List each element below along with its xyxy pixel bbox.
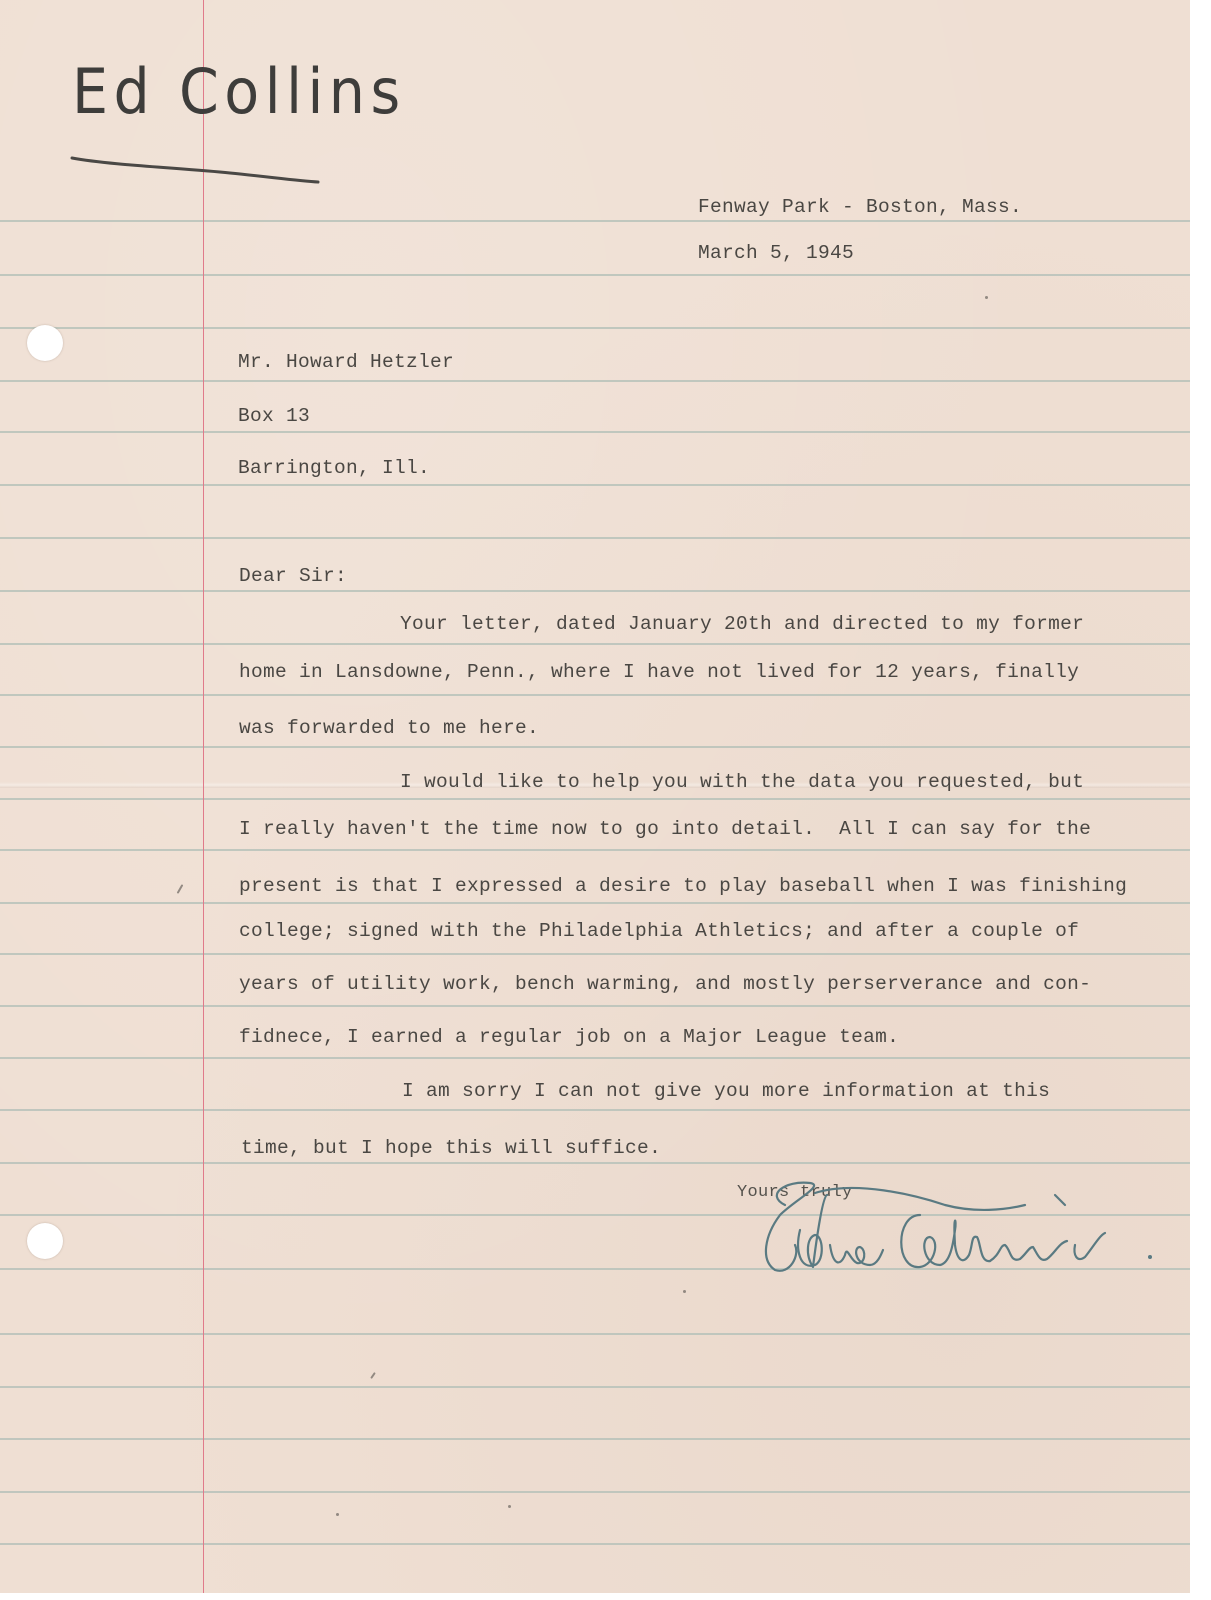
rule-line [0, 1162, 1190, 1164]
rule-line [0, 849, 1190, 851]
paper-speck [508, 1505, 511, 1508]
rule-line [0, 1386, 1190, 1388]
body-line: I would like to help you with the data y… [400, 771, 1084, 793]
rule-line [0, 1057, 1190, 1059]
paper-speck [683, 1290, 686, 1293]
body-line: college; signed with the Philadelphia At… [239, 920, 1079, 942]
rule-line [0, 484, 1190, 486]
recipient-name: Mr. Howard Hetzler [238, 351, 454, 373]
rule-line [0, 274, 1190, 276]
ruled-paper-sheet: Ed Collins Fenway Park - Boston, Mass. M… [0, 0, 1190, 1593]
rule-line [0, 1109, 1190, 1111]
rule-line [0, 1491, 1190, 1493]
recipient-city: Barrington, Ill. [238, 457, 430, 479]
rule-line [0, 380, 1190, 382]
body-line: I am sorry I can not give you more infor… [402, 1080, 1050, 1102]
rule-line [0, 643, 1190, 645]
rule-line [0, 1543, 1190, 1545]
rule-line [0, 327, 1190, 329]
signature-eddie-collins [755, 1175, 1165, 1285]
handwritten-underline [70, 155, 320, 195]
body-line: years of utility work, bench warming, an… [239, 973, 1091, 995]
body-line: was forwarded to me here. [239, 717, 539, 739]
rule-line [0, 590, 1190, 592]
paper-speck [177, 884, 184, 894]
rule-line [0, 694, 1190, 696]
paper-speck [985, 296, 988, 299]
rule-line [0, 902, 1190, 904]
rule-line [0, 746, 1190, 748]
letter-date: March 5, 1945 [698, 242, 854, 264]
margin-line [203, 0, 204, 1593]
rule-line [0, 1005, 1190, 1007]
paper-speck [336, 1513, 339, 1516]
rule-line [0, 220, 1190, 222]
rule-line [0, 431, 1190, 433]
rule-line [0, 537, 1190, 539]
body-line: fidnece, I earned a regular job on a Maj… [239, 1026, 899, 1048]
body-line: I really haven't the time now to go into… [239, 818, 1091, 840]
paper-speck [370, 1372, 376, 1379]
body-line: present is that I expressed a desire to … [239, 875, 1127, 897]
salutation: Dear Sir: [239, 565, 347, 587]
rule-line [0, 953, 1190, 955]
rule-line [0, 798, 1190, 800]
handwritten-annotation: Ed Collins [72, 55, 406, 128]
punch-hole-bottom [27, 1223, 63, 1259]
body-line: Your letter, dated January 20th and dire… [400, 613, 1084, 635]
punch-hole-top [27, 325, 63, 361]
body-line: time, but I hope this will suffice. [241, 1137, 661, 1159]
rule-line [0, 1438, 1190, 1440]
sender-address: Fenway Park - Boston, Mass. [698, 196, 1022, 218]
rule-line [0, 1333, 1190, 1335]
recipient-address-line: Box 13 [238, 405, 310, 427]
body-line: home in Lansdowne, Penn., where I have n… [239, 661, 1079, 683]
